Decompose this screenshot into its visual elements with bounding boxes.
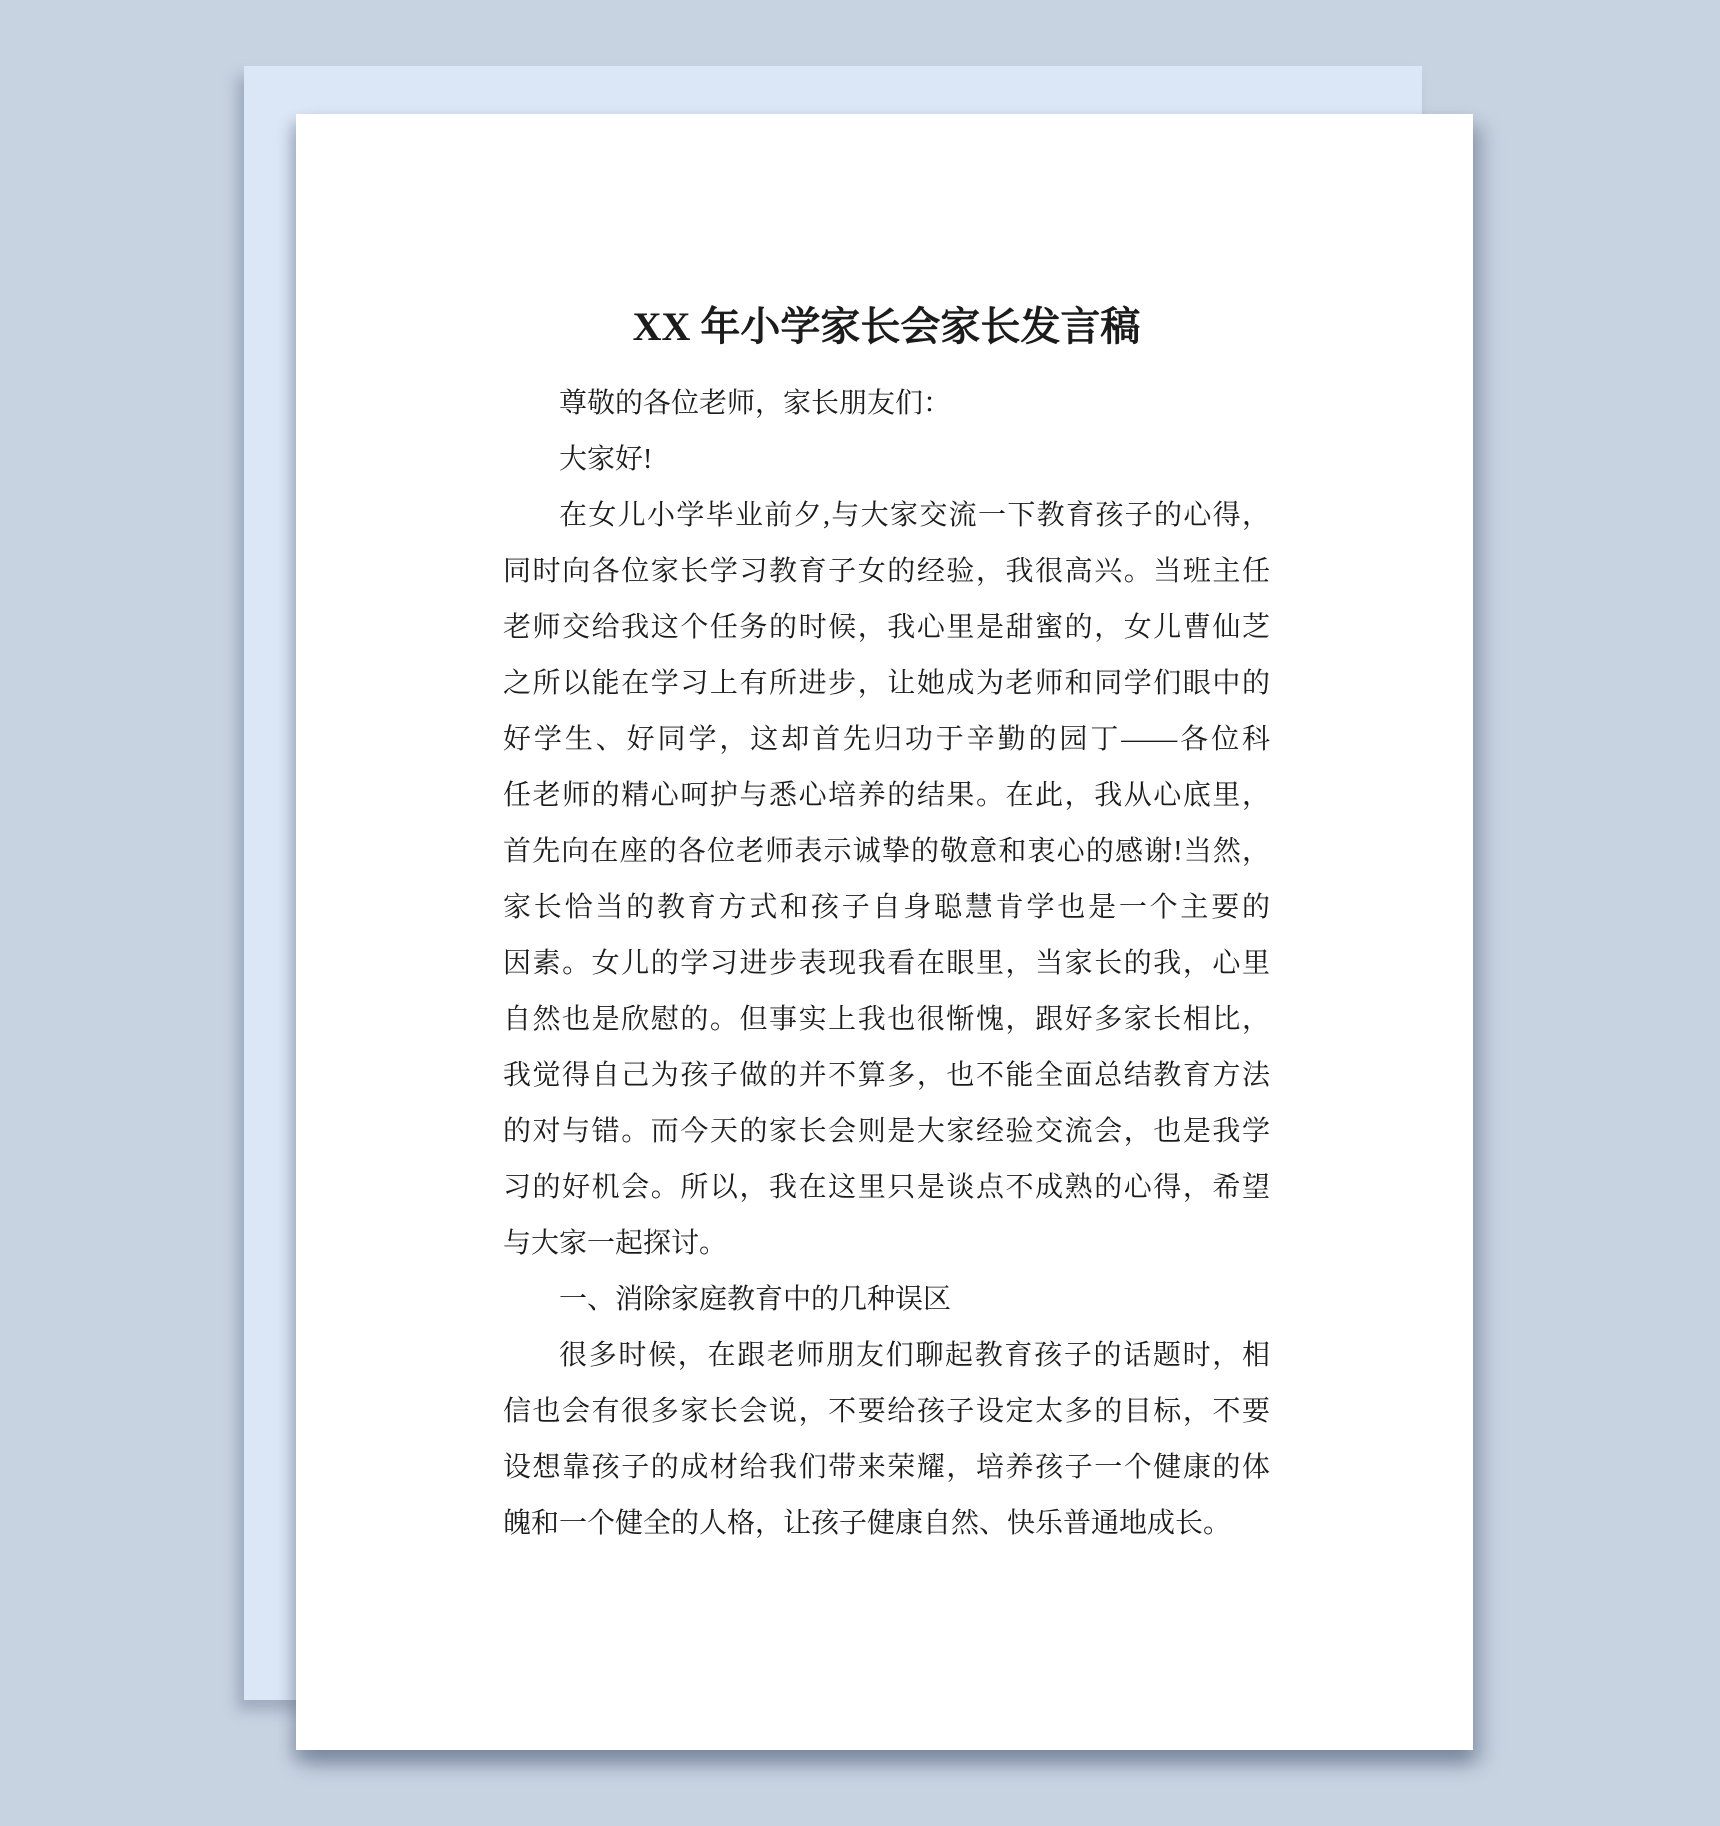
text-line: 首先向在座的各位老师表示诚挚的敬意和衷心的感谢!当然， bbox=[503, 824, 1270, 880]
document-page: XX 年小学家长会家长发言稿 尊敬的各位老师，家长朋友们：大家好!在女儿小学毕业… bbox=[296, 114, 1473, 1750]
text-line: 的对与错。而今天的家长会则是大家经验交流会，也是我学 bbox=[503, 1104, 1270, 1160]
text-line: 习的好机会。所以，我在这里只是谈点不成熟的心得，希望 bbox=[503, 1160, 1270, 1216]
text-line: 老师交给我这个任务的时候，我心里是甜蜜的，女儿曹仙芝 bbox=[503, 600, 1270, 656]
text-line: 因素。女儿的学习进步表现我看在眼里，当家长的我，心里 bbox=[503, 936, 1270, 992]
text-line: 任老师的精心呵护与悉心培养的结果。在此，我从心底里， bbox=[503, 768, 1270, 824]
text-line: 信也会有很多家长会说，不要给孩子设定太多的目标，不要 bbox=[503, 1384, 1270, 1440]
document-body: 尊敬的各位老师，家长朋友们：大家好!在女儿小学毕业前夕,与大家交流一下教育孩子的… bbox=[503, 376, 1270, 1552]
document-title: XX 年小学家长会家长发言稿 bbox=[503, 301, 1270, 353]
text-line: 我觉得自己为孩子做的并不算多，也不能全面总结教育方法 bbox=[503, 1048, 1270, 1104]
text-line: 尊敬的各位老师，家长朋友们： bbox=[503, 376, 1270, 432]
desk-background: XX 年小学家长会家长发言稿 尊敬的各位老师，家长朋友们：大家好!在女儿小学毕业… bbox=[0, 0, 1720, 1826]
text-line: 很多时候，在跟老师朋友们聊起教育孩子的话题时，相 bbox=[503, 1328, 1270, 1384]
text-line: 之所以能在学习上有所进步，让她成为老师和同学们眼中的 bbox=[503, 656, 1270, 712]
text-line: 设想靠孩子的成材给我们带来荣耀，培养孩子一个健康的体 bbox=[503, 1440, 1270, 1496]
text-line: 同时向各位家长学习教育子女的经验，我很高兴。当班主任 bbox=[503, 544, 1270, 600]
text-line: 家长恰当的教育方式和孩子自身聪慧肯学也是一个主要的 bbox=[503, 880, 1270, 936]
text-line: 与大家一起探讨。 bbox=[503, 1216, 1270, 1272]
text-line: 在女儿小学毕业前夕,与大家交流一下教育孩子的心得， bbox=[503, 488, 1270, 544]
text-line: 大家好! bbox=[503, 432, 1270, 488]
text-line: 魄和一个健全的人格，让孩子健康自然、快乐普通地成长。 bbox=[503, 1496, 1270, 1552]
text-line: 自然也是欣慰的。但事实上我也很惭愧，跟好多家长相比， bbox=[503, 992, 1270, 1048]
text-line: 一、消除家庭教育中的几种误区 bbox=[503, 1272, 1270, 1328]
text-line: 好学生、好同学，这却首先归功于辛勤的园丁——各位科 bbox=[503, 712, 1270, 768]
